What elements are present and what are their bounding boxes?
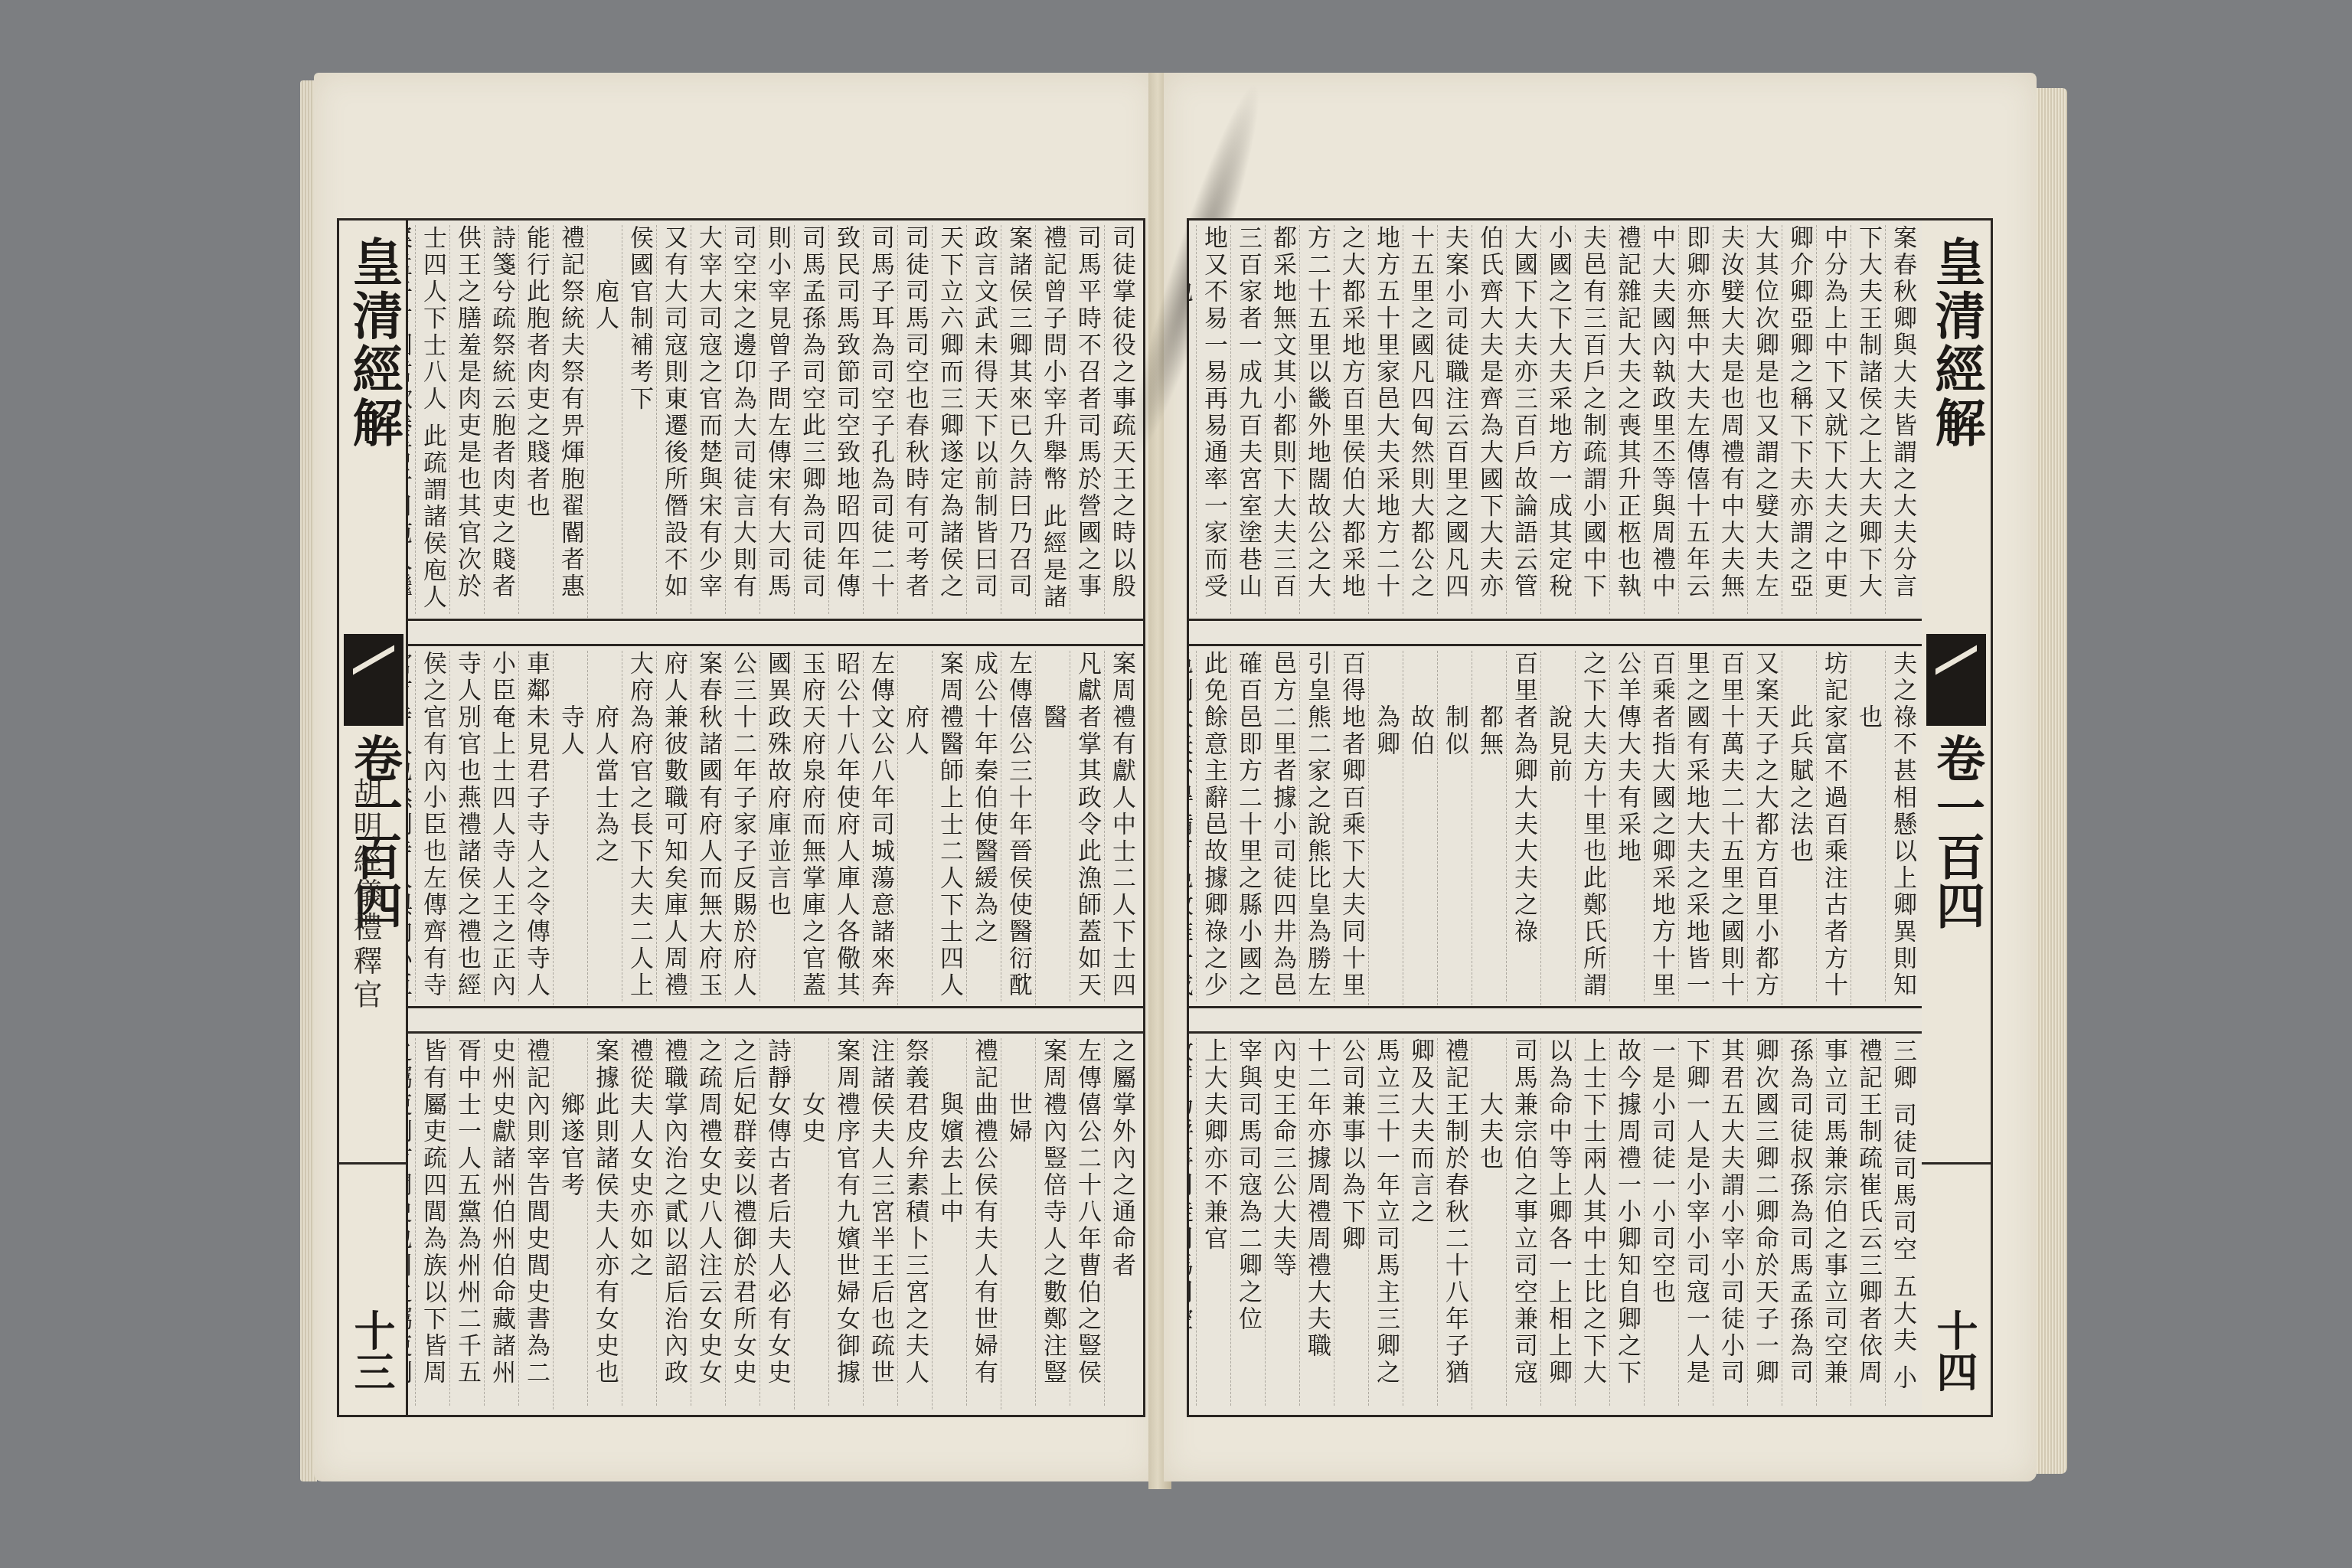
register-gap (1189, 1008, 1924, 1034)
text-column: 三百家者一成九百夫宮室塗巷山澤三分去一餘有六百夫 (1230, 225, 1265, 614)
text-column: 小臣奄上士四人寺人王之正內五人則天子之官內小臣 (484, 651, 518, 1001)
text-column: 案諸侯三卿其來已久詩曰乃召司空乃召司徒牧誓及立 (1001, 225, 1035, 614)
text-column: 司馬子耳為司空子孔為司徒二十五年傳子產入陳司徒 (863, 225, 897, 614)
text-column: 案周禮內豎倍寺人之數鄭注豎未冠者之官名 (1035, 1038, 1070, 1406)
text-column: 上大夫卿亦不兼官 (1196, 1038, 1230, 1406)
text-column: 公司兼事以為下卿 (1334, 1038, 1368, 1406)
text-column: 昭公十八年使府人庫人各儆其事疏周官有大府內府外府 (828, 651, 863, 1001)
text-column: 其君五大夫謂小宰小司徒小司馬小司寇小司空 (1713, 1038, 1747, 1406)
text-column: 府人兼彼數職可知矣庫人周禮無之或其所添設也周禮 (656, 651, 691, 1001)
text-columns: 案周禮有獻人中士二人下士四人其職云掌以時獻為梁凡獻者掌其政令此漁師蓋如天子獻人之… (413, 651, 1138, 1001)
text-column: 故伯 (1403, 651, 1437, 1008)
register-gap (408, 1008, 1143, 1034)
text-column: 世婦 (1001, 1038, 1035, 1410)
text-column: 醫 (1035, 651, 1070, 1008)
right-margin-title-strip: 皇清經解 卷一百四 十四 (1922, 218, 1993, 1417)
text-column: 禮記王制疏崔氏云三卿者依周制而言謂立司徒兼冢宰之 (1851, 1038, 1885, 1406)
text-column: 府人 (897, 651, 932, 1008)
text-column: 為卿 (1368, 651, 1403, 1008)
text-column: 又案天子之大都方百里小都方五十里家邑方二十五里 (1747, 651, 1782, 1001)
open-book: 皇清經解 卷一百四 十三 胡明經儀禮釋官 司徒掌徒役之事疏天王之時以殷之大國當立… (314, 73, 2060, 1512)
text-column: 成公十年秦伯使醫緩為之 (966, 651, 1001, 1001)
text-column: 卿及大夫而言之 (1403, 1038, 1437, 1406)
text-column: 胥中士一人五黨為州州二千五百家也州長中大夫一人也 (449, 1038, 484, 1406)
fishtail-mark-icon (1926, 634, 1986, 726)
text-column: 玉府天府泉府而無掌庫之官蓋府庫通言庫亦謂之府也諸 (794, 651, 828, 1001)
text-column: 大國下大夫亦三百戶故論語云管仲奪伯氏駢邑三百注云 (1506, 225, 1540, 614)
text-column: 車鄰未見君子寺人之令傳寺人內小臣也疏天官序官云 (518, 651, 553, 1001)
register-gap (408, 621, 1143, 646)
left-page: 皇清經解 卷一百四 十三 胡明經儀禮釋官 司徒掌徒役之事疏天王之時以殷之大國當立… (314, 73, 1156, 1481)
text-column: 侯之官有內小臣也左傳齊有寺人貂晉有寺人披是諸侯 (415, 651, 449, 1001)
text-column: 三卿 司徒司馬司空 五大夫 小宰小司徒小司馬小司寇小司空 考 (1885, 1038, 1919, 1406)
text-column: 之屬掌外內之通命者 (1104, 1038, 1138, 1406)
text-column: 也 (1851, 651, 1885, 1008)
text-column: 之后妃群妾以禮御於君所女史書其日月授之以環以進退 (725, 1038, 759, 1406)
text-column: 左傳僖公三十年晉侯使醫衍酖衛侯 (1001, 651, 1035, 1001)
text-columns: 案春秋卿與大夫皆謂之大夫分言之卿為上大夫大夫為下大夫王制諸侯之上大夫卿下大夫是也… (1194, 225, 1919, 614)
text-column: 引皇熊二家之說熊比皇為勝左傳唯卿備百邑鄭志 (1299, 651, 1334, 1001)
text-column: 則小宰見曾子問左傳宋有大司馬少司馬晉之士蔿為大 (759, 225, 794, 614)
strip-divider (339, 1162, 408, 1165)
text-column: 案春秋卿與大夫皆謂之大夫分言之卿為上大夫大夫為 (1885, 225, 1919, 614)
text-column: 寺人 (553, 651, 587, 1008)
text-column: 禮職掌內治之貳以詔后治內政逆內宮書內令凡后之事以 (656, 1038, 691, 1406)
left-register-top: 司徒掌徒役之事疏天王之時以殷之大國當立三卿其一並司馬平時不召者司馬於營國之事無所… (408, 220, 1143, 621)
text-column: 說見前 (1540, 651, 1575, 1008)
text-column: 地方五十里家邑大夫采地方二十五里熊氏云以此推之公 (1368, 225, 1403, 614)
text-column: 中大夫國內執政里丕等與周禮中大夫別也 (1644, 225, 1678, 614)
text-column: 小國之下大夫采地方一成其定稅三百家故三百戶也其實 (1540, 225, 1575, 614)
left-register-middle: 案周禮有獻人中士二人下士四人其職云掌以時獻為梁凡獻者掌其政令此漁師蓋如天子獻人之… (408, 646, 1143, 1008)
text-column: 案據此則諸侯夫人亦有女史也 (587, 1038, 622, 1406)
volume-label: 卷一百四 (1928, 733, 1984, 929)
text-column: 百得地者卿百乘下大夫同十里之成 (1334, 651, 1368, 1001)
right-page: 案春秋卿與大夫皆謂之大夫分言之卿為上大夫大夫為下大夫王制諸侯之上大夫卿下大夫是也… (1164, 73, 2037, 1481)
text-column: 詩靜女傳古者后夫人必有女史彤管之法史不記過其罪殺 (759, 1038, 794, 1406)
text-column: 公三十二年子家子反賜於府人 (725, 651, 759, 1001)
text-column: 方二十五里以畿外地闊故公之大都與天子大都同也其中 (1299, 225, 1334, 614)
text-column: 司馬兼宗伯之事立司空兼司寇之事 (1506, 1038, 1540, 1406)
text-column: 史州史獻諸州伯州伯命藏諸州府注四閭為族族百家也閭 (484, 1038, 518, 1406)
text-column: 凡獻者掌其政令此漁師蓋如天子獻人之職也 (1070, 651, 1104, 1001)
text-column: 案周禮有獻人中士二人下士四人其職云掌以時獻為梁 (1104, 651, 1138, 1001)
register-gap (1189, 621, 1924, 646)
right-register-top: 案春秋卿與大夫皆謂之大夫分言之卿為上大夫大夫為下大夫王制諸侯之上大夫卿下大夫是也… (1189, 220, 1924, 621)
text-column: 府人當士為之 (587, 651, 622, 1008)
text-column: 中分為上中下又就下大夫之中更分為上下故左傳有 (1816, 225, 1851, 614)
text-column: 十二年亦據周禮周禮大夫職 (1299, 1038, 1334, 1406)
text-column: 上士下士兩人其中士比之下大夫也下卿三 (1575, 1038, 1609, 1406)
page-number: 十三 (345, 1309, 402, 1392)
text-column: 也 (1189, 225, 1196, 621)
text-column: 祭義君皮弁素積卜三宮之夫人世婦之吉者使入蠶於蠶室 (897, 1038, 932, 1406)
text-column: 百里十萬夫二十五里之國則十萬夫之一是為邑方二里 (1713, 651, 1747, 1001)
text-column: 都無 (1472, 651, 1506, 1008)
right-page-edges (2037, 88, 2067, 1474)
text-column: 禮記祭統夫祭有畀煇胞翟閽者惠下之道也唯有德之君為 (553, 225, 587, 614)
text-column: 卿介卿亞卿之稱下下夫亦謂之亞旅牧誓傳云亞旅 (1782, 225, 1816, 614)
author-note: 胡明經儀禮釋官 (345, 777, 387, 1013)
text-column: 能行此胞者肉吏之賤者也 (518, 225, 553, 614)
text-column: 政言文武未得天下以前制皆曰司徒司馬司空至武王有 (966, 225, 1001, 614)
text-columns: 三卿 司徒司馬司空 五大夫 小宰小司徒小司馬小司寇小司空 考禮記王制疏崔氏云三卿… (1194, 1038, 1919, 1406)
text-column: 侯國官制補考下 (622, 225, 656, 614)
text-column: 左傳僖公二十八年曹伯之豎侯獳貨筮史注豎掌通內外者 (1070, 1038, 1104, 1406)
book-title: 皇清經解 (1928, 236, 1984, 450)
text-column: 禮記曲禮公侯有夫人有世婦有妻有妾注貶於天子也無后 (966, 1038, 1001, 1406)
text-column: 注諸侯夫人三宮半王后也疏世婦之吉者亦諸侯世婦 (863, 1038, 897, 1406)
text-column: 大其位次卿是也又謂之嬖大夫左傳昭元年云子皙上大 (1747, 225, 1782, 614)
text-column: 邑方二里者據小司徒四井為邑言之 方里而井四井為方二里其里者據竟 (1265, 651, 1299, 1001)
text-column: 左傳文公八年司城蕩意諸來奔效節於府人而出 (863, 651, 897, 1001)
page-number: 十四 (1928, 1309, 1984, 1392)
text-column: 內史王命三公大夫等 (1265, 1038, 1299, 1406)
text-column: 致民司馬致節司空致地昭四年傳云吾子為司徒夫子為 (828, 225, 863, 614)
text-columns: 之屬掌外內之通命者左傳僖公二十八年曹伯之豎侯獳貨筮史注豎掌通內外者案周禮內豎倍寺… (413, 1038, 1138, 1406)
right-register-middle: 夫之祿不甚相懸以上卿異則知大國之大夫采地皆一成也坊記家富不過百乘注古者方十里其中… (1189, 646, 1924, 1008)
text-column: 國異政殊故府庫並言也 (759, 651, 794, 1001)
text-column: 大宰大司寇之官而楚與宋有少宰又有大宰宋有少司寇 (691, 225, 725, 614)
text-column: 又有大司寇則東遷後所僭設不如古也 (656, 225, 691, 614)
text-column: 此免餘意主辭邑故據卿祿之少者言之自卿而上乃 (1196, 651, 1230, 1001)
text-column: 公羊傳大夫有采地 (1609, 651, 1644, 1001)
text-column: 確百邑即方二十里之縣小國之卿采地也 言二十五 (1230, 651, 1265, 1001)
text-column: 供王之膳羞是肉吏是也其官次於龢人周禮龢人乜庖人中 (449, 225, 484, 614)
text-column: 一是小司徒一小司空也 (1644, 1038, 1678, 1406)
text-column: 馬立三十一年立司馬主三卿之下 (1368, 1038, 1403, 1406)
text-column: 司空宋之邊卬為大司徒言大則有小可知特諸侯三卿無 (725, 225, 759, 614)
text-column: 夫之祿不甚相懸以上卿異則知大國之大夫采地皆一成 (1885, 651, 1919, 1001)
text-column: 下卿一人是小宰小司寇一人是小司馬二小卿 (1678, 1038, 1713, 1406)
text-column: 都采地無文其小都則下大夫三百家一成之地也一成所以 (1265, 225, 1299, 614)
text-column: 官有寺人也然則寺人與內小臣別官矣此云寺人內小臣 (408, 651, 415, 1001)
text-column: 大府為府官之長下大夫二人上士四人下士八人諸侯之 (622, 651, 656, 1001)
text-column: 以為命中等上卿各一上相上卿下等下卿 (1540, 1038, 1575, 1406)
left-text-frame: 司徒掌徒役之事疏天王之時以殷之大國當立三卿其一並司馬平時不召者司馬於營國之事無所… (406, 218, 1145, 1417)
text-column: 禮記雜記大夫之喪其升正柩也執引者三百人注諸侯之大 (1609, 225, 1644, 614)
text-column: 百乘者指大國之卿采地方十里其中 (1644, 651, 1678, 1001)
text-column: 孫為司徒叔孫為司馬孟孫為司空此三卿為諸侯之三卿 (1782, 1038, 1816, 1406)
text-columns: 司徒掌徒役之事疏天王之時以殷之大國當立三卿其一並司馬平時不召者司馬於營國之事無所… (413, 225, 1138, 614)
text-column: 之屬吏則有閭史也州之屬吏則有州史也州伯則州長也州 (408, 1038, 415, 1406)
text-column: 夫汝嬖大夫是也周禮有中大夫無上大夫諸侯之上大夫 (1713, 225, 1747, 614)
text-column: 女史 (794, 1038, 828, 1410)
text-column: 禮記內則宰告閭史閭史書為二其一藏諸閭府其一獻諸州 (518, 1038, 553, 1406)
text-column: 士四人下士八人 此疏謂諸侯庖人非士說未的今不錄 (415, 225, 449, 614)
text-column: 天下立六卿而三卿遂定為諸侯之制是以酒誥梓材俱云 (932, 225, 966, 614)
text-column: 制似 (1437, 651, 1472, 1008)
text-column: 司馬孟孫為司空此三卿為司徒司馬司空之證若五大夫 (794, 225, 828, 614)
text-column: 夫案小司徒職注云百里之國凡四都五十里之國凡四縣二 (1437, 225, 1472, 614)
text-column: 即卿亦無中大夫左傳僖十五年云晉侯許賂中大夫杜注 (1678, 225, 1713, 614)
text-column: 司馬平時不召者司馬於營國之事無所掌故也 (1070, 225, 1104, 614)
text-column: 案春秋諸國有府人而無大府玉府內府外府之官則諸侯 (691, 651, 725, 1001)
right-register-bottom: 三卿 司徒司馬司空 五大夫 小宰小司徒小司馬小司寇小司空 考禮記王制疏崔氏云三卿… (1189, 1034, 1924, 1410)
text-column: 宰與司馬司寇為二卿之位 (1230, 1038, 1265, 1406)
text-column: 案周禮序官有九嬪世婦女御據曲禮則諸侯無九嬪也 (828, 1038, 863, 1406)
text-column: 里之國有采地大夫之采地皆一成 (1678, 651, 1713, 1001)
text-column: 事立司馬兼宗伯之事立司空兼司寇之事故春秋左傳云季 (1816, 1038, 1851, 1406)
text-columns: 夫之祿不甚相懸以上卿異則知大國之大夫采地皆一成也坊記家富不過百乘注古者方十里其中… (1194, 651, 1919, 1001)
text-column: 邑則大夫不得備百邑故惟一成方十里也周禮司勳 (1189, 651, 1196, 1001)
text-column: 之大都采地方百里侯伯大都采地方五十里子男大都采地 (1334, 225, 1368, 614)
text-column: 百里者為卿大夫大夫之祿 (1506, 651, 1540, 1001)
text-column: 地又不易一易再易通率一家而受二夫之地是定稅三百家 (1196, 225, 1230, 614)
text-column: 此兵賦之法也 (1782, 651, 1816, 1008)
text-column: 之下大夫方十里也此鄭氏所謂 (1575, 651, 1609, 1001)
text-column: 之疏周禮女史八人注云女史女奴曉書者其職云掌王后之 (691, 1038, 725, 1406)
text-column: 禮從夫人女史亦如之 (622, 1038, 656, 1406)
text-column: 與嬪去上中 (932, 1038, 966, 1410)
text-column: 案孟子言國君欲養君子曰庖人繼肉則諸侯有庖人明矣 (408, 225, 415, 614)
text-column: 案周禮醫師上士二人下士四人其職云掌醫之政令 (932, 651, 966, 1001)
text-column: 十五里之國凡四甸然則大都公之采地方百里小都卿之采 (1403, 225, 1437, 614)
text-column: 牧誓乃呼事司徒司馬司空 (1189, 1038, 1196, 1406)
text-column: 禮記曾子問小宰升舉幣 此經是諸侯之制小宰諸侯大夫 (1035, 225, 1070, 614)
text-column: 下大夫王制諸侯之上大夫卿下大夫是也此復就三卿之 (1851, 225, 1885, 614)
text-column: 夫邑有三百戶之制疏謂小國中下大夫也故鄭注易訟卦云 (1575, 225, 1609, 614)
text-column: 庖人 (587, 225, 622, 621)
text-column: 卿次國三卿二卿命於天子一卿命於其君小國二卿皆命於 (1747, 1038, 1782, 1406)
text-column: 伯氏齊大夫是齊為大國下大夫亦三百家也其天子公卿大 (1472, 225, 1506, 614)
fishtail-mark-icon (344, 634, 403, 726)
text-column: 禮記王制於春秋二十八年子猶為司寇 (1437, 1038, 1472, 1406)
book-title: 皇清經解 (345, 236, 402, 450)
text-column: 鄉遂官考 (553, 1038, 587, 1410)
left-register-bottom: 之屬掌外內之通命者左傳僖公二十八年曹伯之豎侯獳貨筮史注豎掌通內外者案周禮內豎倍寺… (408, 1034, 1143, 1410)
text-column: 坊記家富不過百乘注古者方十里其中六十四井出兵車一乘 (1816, 651, 1851, 1001)
text-column: 大夫也 (1472, 1038, 1506, 1410)
text-column: 詩箋兮疏祭統云胞者肉吏之賤者胞即周禮庖人 案漢書百官公卿表 (484, 225, 518, 614)
text-column: 故今據周禮一小卿知自卿之下惟三卿 (1609, 1038, 1644, 1406)
text-column: 皆有屬吏疏四閭為族以下皆周禮地官文云皆有屬吏者閭 (415, 1038, 449, 1406)
right-text-frame: 案春秋卿與大夫皆謂之大夫分言之卿為上大夫大夫為下大夫王制諸侯之上大夫卿下大夫是也… (1187, 218, 1926, 1417)
text-column: 寺人別官也燕禮諸侯之禮也經云獻左右正與內小臣是 (449, 651, 484, 1001)
strip-divider (1922, 1162, 1991, 1165)
text-column: 司徒司馬司空也春秋時有可考者如襄十年傳云子國為 (897, 225, 932, 614)
